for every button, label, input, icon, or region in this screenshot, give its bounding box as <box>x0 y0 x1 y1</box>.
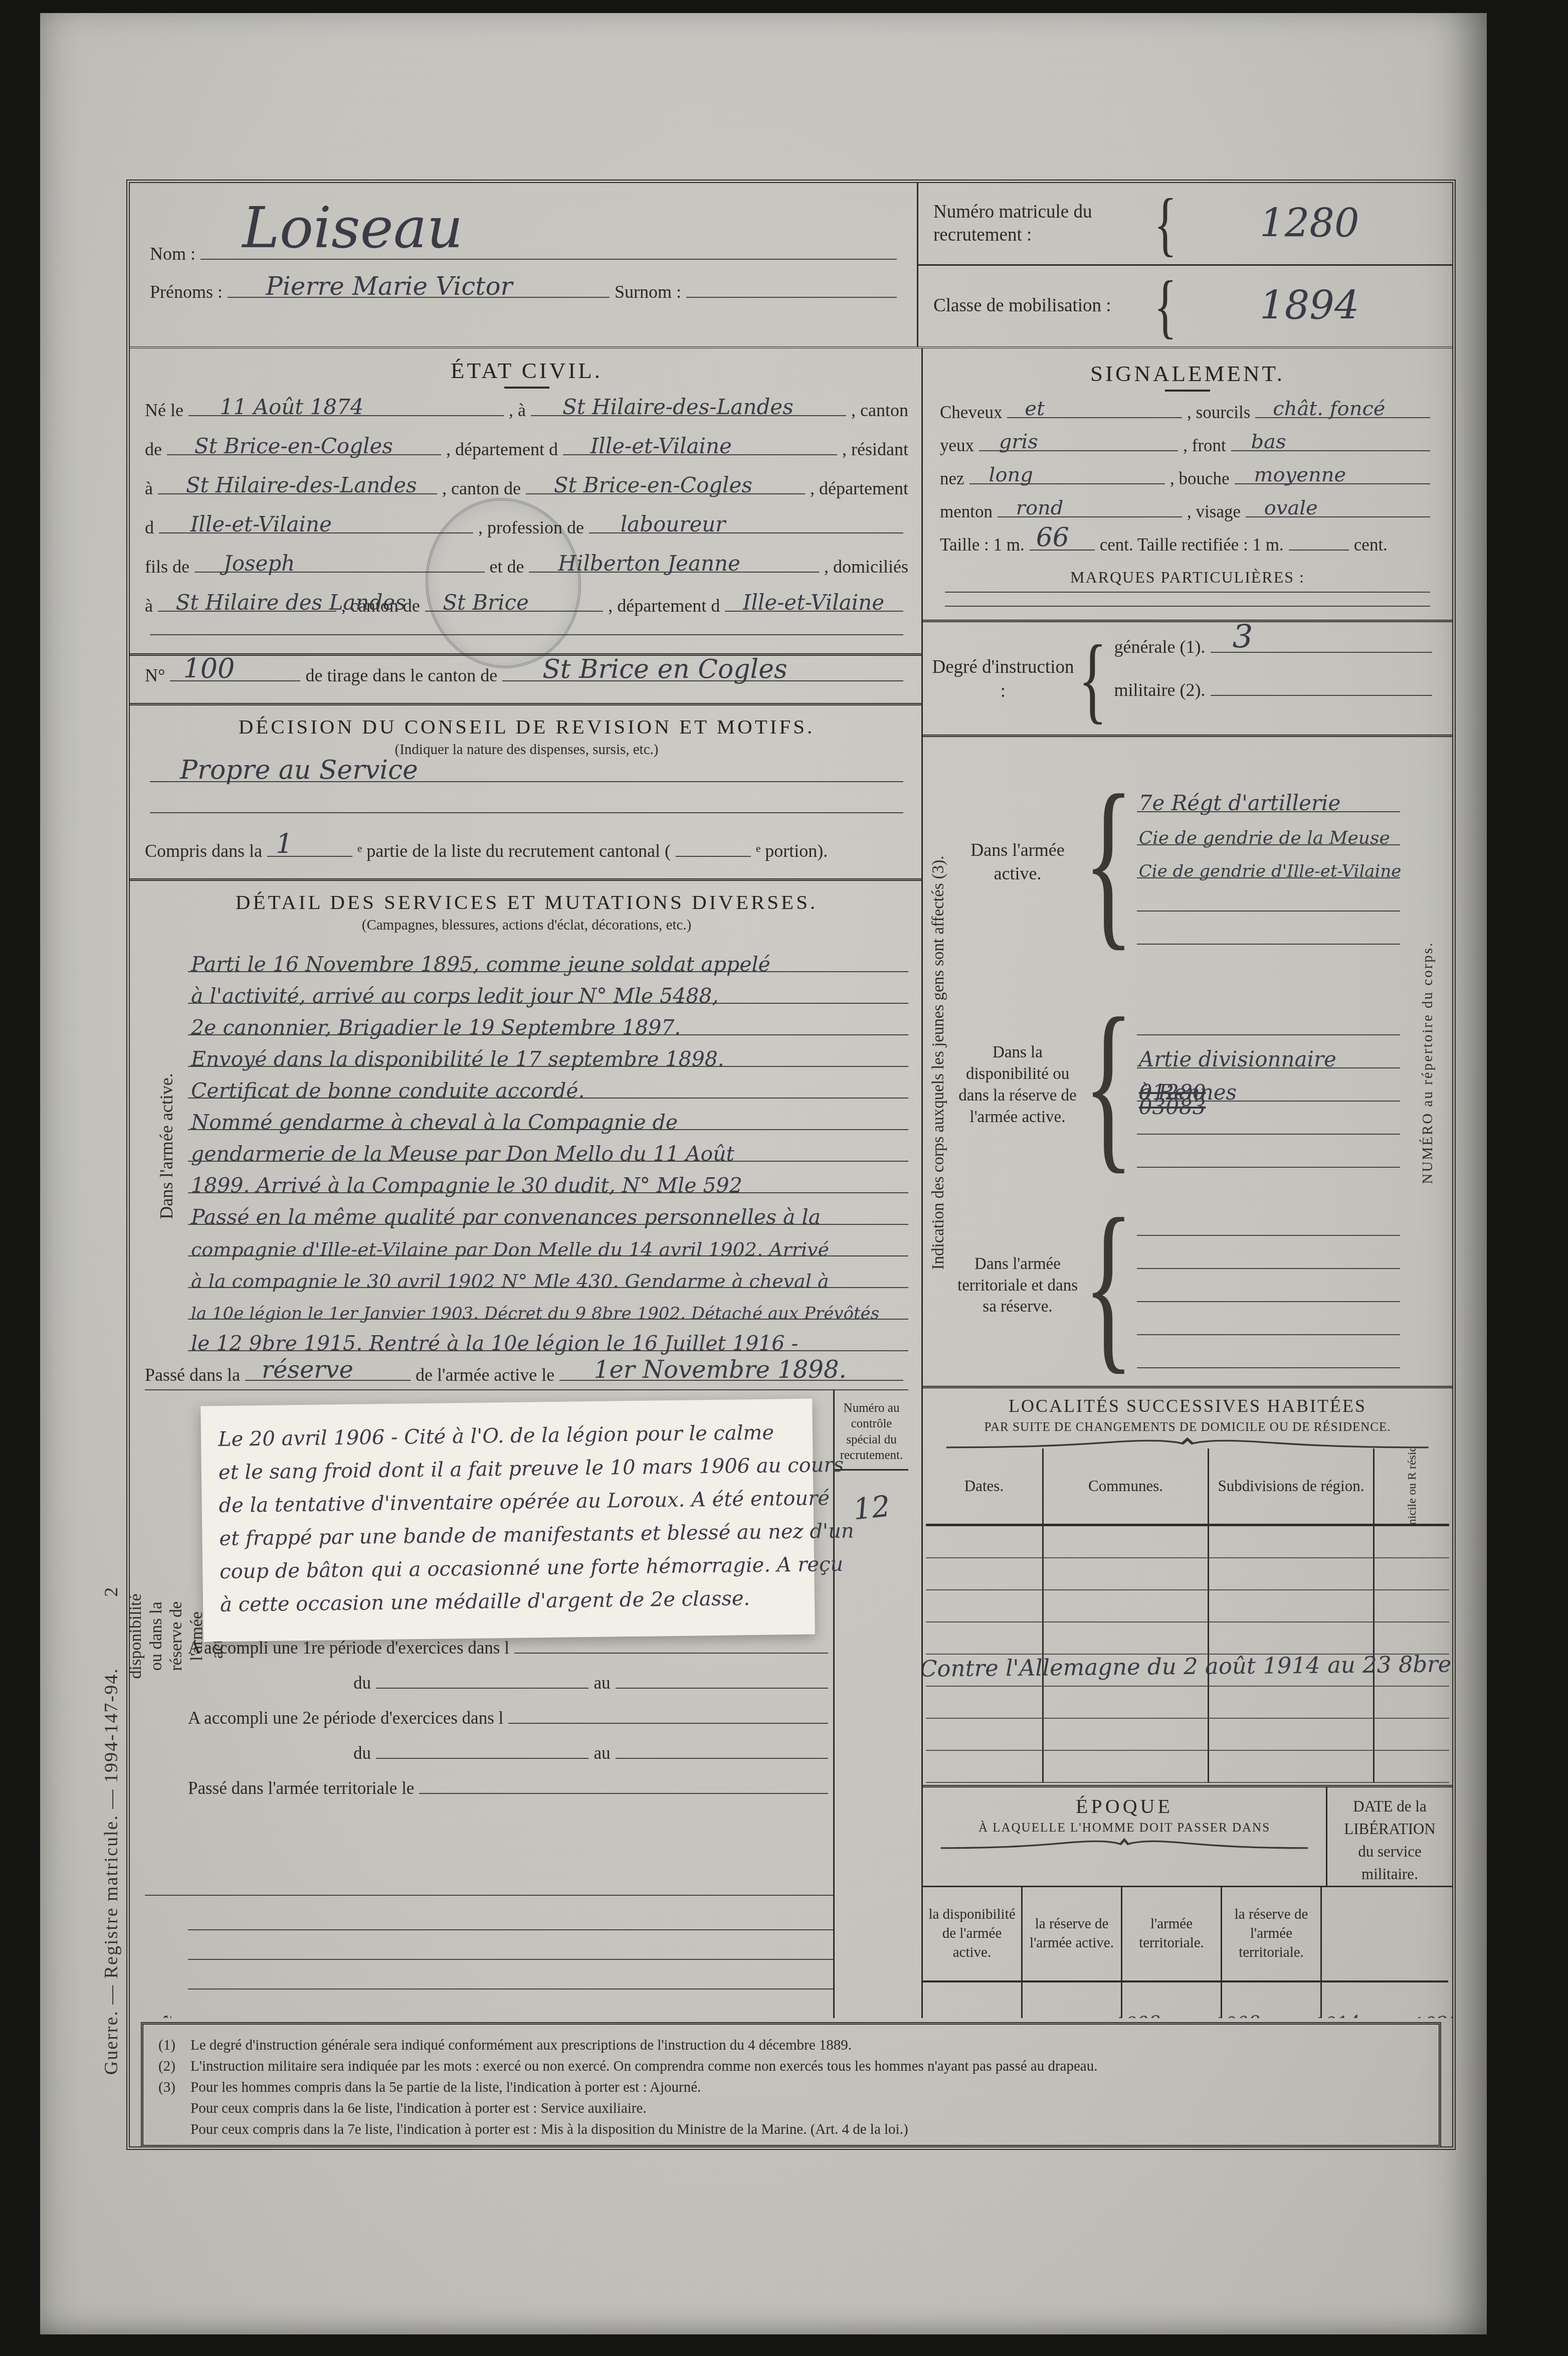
epoque-value: 1er 9bre 1920 <box>1322 1982 1448 2018</box>
nez-value: long <box>989 463 1033 486</box>
decision-title: DÉCISION DU CONSEIL DE REVISION ET MOTIF… <box>145 714 908 739</box>
mother-value: Hilberton Jeanne <box>558 551 740 576</box>
blank-line <box>1137 1302 1400 1335</box>
au-label: au <box>594 1743 610 1763</box>
table-row <box>926 1719 1449 1751</box>
au-label: au <box>594 1673 610 1693</box>
section-divider <box>130 878 921 881</box>
blank-field <box>945 606 1430 607</box>
tirage-number-field: 100 <box>170 680 300 681</box>
service-entry: à la compagnie le 30 avril 1902 N° Mle 4… <box>188 1256 908 1288</box>
brace-icon: { <box>1078 624 1107 735</box>
instruction-generale-line: générale (1). 3 <box>1114 636 1437 657</box>
title-rule <box>504 387 549 389</box>
main-body: ÉTAT CIVIL. Né le 11 Août 1874 , à St Hi… <box>130 348 1452 2018</box>
footnote-3c: Pour ceux compris dans la 7e liste, l'in… <box>190 2119 1424 2140</box>
localites-table: Dates. Communes. Subdivisions de région.… <box>926 1448 1449 1783</box>
ne-le-label: Né le <box>145 400 183 421</box>
classe-cell: Classe de mobilisation : { 1894 <box>918 264 1452 347</box>
corps-entry: Cie de gendrie de la Meuse <box>1137 812 1400 845</box>
residence-value: St Hilaire-des-Landes <box>186 473 417 497</box>
epoque-value: 1er 9bre 1898 <box>1023 1982 1121 2018</box>
militaire-field <box>1211 695 1432 696</box>
prenoms-label: Prénoms : <box>150 281 223 302</box>
epoque-col-territoriale: l'armée territoriale. 1er 9bre 1908 <box>1122 1887 1222 2018</box>
front-label: , front <box>1183 436 1226 456</box>
portion-field <box>676 856 751 857</box>
passe-territoriale-label: Passé dans l'armée territoriale le <box>188 1778 414 1798</box>
signalement-section: SIGNALEMENT. Cheveux et , sourcils chât.… <box>923 348 1452 607</box>
corps-entry: Cie de gendrie d'Ille-et-Vilaine <box>1137 845 1400 878</box>
marques-label: MARQUES PARTICULIÈRES : <box>940 568 1435 587</box>
blank-line <box>1137 1335 1400 1368</box>
corps-section: Indication des corps auxquels les jeunes… <box>923 744 1452 1381</box>
territoriale-section: Dans l'armée territoriale et dans sa rés… <box>145 1895 833 2018</box>
controle-label: Numéro au contrôle spécial du recrutemen… <box>835 1397 908 1471</box>
portion-label: ᵉ portion). <box>756 840 828 861</box>
service-entry: la 10e légion le 1er Janvier 1903. Décre… <box>188 1288 908 1320</box>
du-label: du <box>353 1673 371 1693</box>
blank-line <box>1137 1236 1400 1269</box>
canton-de-label: , canton de <box>442 478 521 499</box>
col-header-subdivisions: Subdivisions de région. <box>1209 1448 1375 1524</box>
menton-line: menton rond , visage ovale <box>940 502 1435 522</box>
blank-line <box>188 1989 833 2018</box>
service-entry: 1899. Arrivé à la Compagnie le 30 dudit,… <box>188 1162 908 1193</box>
decision-value: Propre au Service <box>180 755 418 785</box>
birth-place-value: St Hilaire-des-Landes <box>562 395 794 419</box>
cheveux-value: et <box>1025 397 1045 420</box>
decision-line: Propre au Service <box>145 781 908 782</box>
corps-entry: Artie divisionnaire <box>1137 1035 1400 1068</box>
footnote-3b: Pour ceux compris dans la 6e liste, l'in… <box>190 2098 1424 2119</box>
compris-line: Compris dans la 1 ᵉ partie de la liste d… <box>145 840 908 861</box>
epoque-col-reserve-active: la réserve de l'armée active. 1er 9bre 1… <box>1023 1887 1122 2018</box>
epoque-value: 1er 9bre 1908 <box>1122 1982 1221 2018</box>
sourcils-value: chât. foncé <box>1273 397 1385 420</box>
horizontal-brace-icon <box>944 1437 1431 1448</box>
menton-label: menton <box>940 502 993 522</box>
periode1-line: A accompli une 1re période d'exercices d… <box>188 1638 833 1658</box>
cheveux-line: Cheveux et , sourcils chât. foncé <box>940 403 1435 423</box>
localites-table-header: Dates. Communes. Subdivisions de région.… <box>926 1448 1449 1526</box>
table-row <box>926 1590 1449 1622</box>
services-subtitle: (Campagnes, blessures, actions d'éclat, … <box>145 917 908 934</box>
tirage-canton-field: St Brice en Cogles <box>502 680 903 681</box>
armee-active-label: Dans l'armée active. <box>955 838 1080 885</box>
profession-field: laboureur <box>589 532 903 533</box>
service-entry: Parti le 16 Novembre 1895, comme jeune s… <box>188 941 908 972</box>
canton-field: St Brice-en-Cogles <box>167 454 441 455</box>
cheveux-label: Cheveux <box>940 403 1002 423</box>
yeux-field: gris <box>979 450 1178 451</box>
header-numbers: Numéro matricule du recrutement : { 1280… <box>917 183 1452 346</box>
nom-value: Loiseau <box>242 196 463 261</box>
domicile-departement-value: Ille-et-Vilaine <box>743 590 884 615</box>
citation-note-card: Le 20 avril 1906 - Cité à l'O. de la lég… <box>201 1399 815 1642</box>
fils-de-label: fils de <box>145 556 189 577</box>
passe-value-1: réserve <box>262 1356 353 1384</box>
au-field <box>616 1688 828 1689</box>
epoque-subtitle: À LAQUELLE L'HOMME DOIT PASSER DANS <box>923 1821 1326 1835</box>
departement-field: Ille-et-Vilaine <box>563 454 837 455</box>
controle-column: Numéro au contrôle spécial du recrutemen… <box>833 1390 908 2018</box>
departement-label: , département <box>810 478 908 499</box>
blank-field <box>150 634 903 635</box>
visage-label: , visage <box>1187 502 1241 522</box>
brace-icon: { <box>1083 753 1134 971</box>
table-row <box>926 1558 1449 1590</box>
footnotes: (1) Le degré d'instruction générale sera… <box>141 2022 1441 2147</box>
horizontal-brace-icon <box>939 1838 1310 1849</box>
territoriale-side-gutter: Dans l'armée territoriale et dans sa rés… <box>145 1896 188 2018</box>
footnote-3: (3) Pour les hommes compris dans la 5e p… <box>158 2077 1424 2098</box>
epoque-section: ÉPOQUE À LAQUELLE L'HOMME DOIT PASSER DA… <box>923 1785 1452 2018</box>
tirage-line: N° 100 de tirage dans le canton de St Br… <box>145 665 908 686</box>
classe-value: 1894 <box>1182 283 1437 328</box>
armee-active-side-label: Dans l'armée active. <box>156 1073 177 1219</box>
scanned-register-page: Guerre. — Registre matricule. — 1994-147… <box>40 13 1487 2334</box>
visage-value: ovale <box>1264 496 1318 519</box>
register-reference: Guerre. — Registre matricule. — 1994-147… <box>101 1668 122 2075</box>
mother-field: Hilberton Jeanne <box>529 572 819 573</box>
periode2-line: A accompli une 2e période d'exercices da… <box>188 1708 833 1728</box>
domicile-canton-value: St Brice <box>443 590 529 615</box>
du-field <box>376 1758 589 1759</box>
residence-field: St Hilaire-des-Landes <box>158 493 437 494</box>
bottom-left-area: Dans la disponibilité ou dans la réserve… <box>145 1389 908 2018</box>
blank-line <box>188 1901 833 1930</box>
generale-field: 3 <box>1211 652 1433 653</box>
a-label: à <box>145 478 153 499</box>
canton-label: , canton <box>851 400 908 421</box>
service-entry: Envoyé dans la disponibilité le 17 septe… <box>188 1035 908 1067</box>
numero-repertoire-column: NUMÉRO au répertoire du corps. <box>1404 744 1452 1381</box>
epoque-col-liberation: 1er 9bre 1920 <box>1322 1887 1448 2018</box>
departement-label: , département d <box>446 439 558 460</box>
profession-value: laboureur <box>621 512 726 536</box>
corps-side-gutter: Indication des corps auxquels les jeunes… <box>923 744 955 1381</box>
passe-value-2: 1er Novembre 1898. <box>594 1356 847 1384</box>
controle-value: 12 <box>851 1489 892 1526</box>
periode2-field <box>508 1723 828 1724</box>
prenoms-field: Pierre Marie Victor <box>228 297 610 298</box>
nez-field: long <box>969 483 1165 484</box>
disponibilite-label: Dans la disponibilité ou dans la réserve… <box>955 1042 1080 1128</box>
service-entry: à l'activité, arrivé au corps ledit jour… <box>188 972 908 1004</box>
col-header-domicile-residence: D domicile ou R résidence. <box>1375 1448 1449 1524</box>
table-row <box>926 1751 1449 1783</box>
nom-line: Nom : Loiseau <box>150 243 902 264</box>
d-label: d <box>145 517 154 538</box>
section-divider <box>923 620 1452 622</box>
blank-line <box>940 606 1435 607</box>
domicilies-label: , domiciliés <box>824 556 908 577</box>
periode1-dates-line: du au <box>188 1673 833 1693</box>
campaign-annotation: Contre l'Allemagne du 2 août 1914 au 23 … <box>923 1651 1452 1682</box>
footnote-2: (2) L'instruction militaire sera indiqué… <box>158 2056 1424 2077</box>
passe-field-2: 1er Novembre 1898. <box>559 1380 903 1381</box>
matricule-label: Numéro matricule du recrutement : <box>933 201 1149 247</box>
service-entry: Passé en la même qualité par convenances… <box>188 1193 908 1225</box>
service-entry: le 12 9bre 1915. Rentré à la 10e légion … <box>188 1320 908 1351</box>
signalement-title: SIGNALEMENT. <box>940 360 1435 387</box>
departement-label: , département d <box>608 595 720 616</box>
birth-line-1: Né le 11 Août 1874 , à St Hilaire-des-La… <box>145 400 908 421</box>
birth-line-2: de St Brice-en-Cogles , département d Il… <box>145 439 908 460</box>
blank-line <box>145 812 908 813</box>
disponibilite-section: Dans la disponibilité ou dans la réserve… <box>145 1390 833 1882</box>
epoque-title: ÉPOQUE <box>923 1794 1326 1818</box>
passe-label: Passé dans la <box>145 1364 240 1385</box>
militaire-label: militaire (2). <box>1114 679 1206 700</box>
tirage-canton-value: St Brice en Cogles <box>542 654 787 684</box>
yeux-value: gris <box>999 430 1038 453</box>
footnote-1: (1) Le degré d'instruction générale sera… <box>158 2035 1424 2056</box>
bouche-field: moyenne <box>1235 483 1430 484</box>
blank-line <box>1137 1203 1400 1236</box>
blank-line <box>1137 1135 1400 1168</box>
etat-civil-section: ÉTAT CIVIL. Né le 11 Août 1874 , à St Hi… <box>145 357 908 635</box>
localites-title: LOCALITÉS SUCCESSIVES HABITÉES <box>923 1395 1452 1416</box>
residence-line-1: à St Hilaire-des-Landes , canton de St B… <box>145 478 908 499</box>
nom-field: Loiseau <box>201 259 897 260</box>
corps-armee-active: Dans l'armée active. { 7e Régt d'artille… <box>955 744 1404 980</box>
taille-line: Taille : 1 m. 66 cent. Taille rectifiée … <box>940 535 1435 555</box>
prenoms-value: Pierre Marie Victor <box>266 272 512 301</box>
blank-line <box>1137 1102 1400 1135</box>
generale-value: 3 <box>1233 619 1253 656</box>
blank-field <box>150 812 903 813</box>
corps-territoriale: Dans l'armée territoriale et dans sa rés… <box>955 1190 1404 1381</box>
residence-canton-value: St Brice-en-Cogles <box>554 473 752 497</box>
form-frame: Nom : Loiseau Prénoms : Pierre Marie Vic… <box>126 179 1456 2150</box>
services-section: DÉTAIL DES SERVICES ET MUTATIONS DIVERSE… <box>145 890 908 1385</box>
brace-icon: { <box>1154 265 1177 347</box>
services-title: DÉTAIL DES SERVICES ET MUTATIONS DIVERSE… <box>145 890 908 914</box>
blank-line <box>1137 912 1400 945</box>
domicile-field: St Hilaire des Landes <box>158 611 336 612</box>
blank-line <box>188 1930 833 1960</box>
citation-line: à cette occasion une médaille d'argent d… <box>220 1581 800 1621</box>
table-row <box>926 1622 1449 1655</box>
residant-label: , résidant <box>842 439 908 460</box>
birth-place-field: St Hilaire-des-Landes <box>531 415 846 416</box>
instruction-label: Degré d'instruction : <box>928 655 1078 703</box>
birth-date-value: 11 Août 1874 <box>220 395 364 419</box>
header: Nom : Loiseau Prénoms : Pierre Marie Vic… <box>130 183 1452 348</box>
sourcils-label: , sourcils <box>1187 403 1250 423</box>
localites-section: LOCALITÉS SUCCESSIVES HABITÉES PAR SUITE… <box>923 1386 1452 1783</box>
generale-label: générale (1). <box>1114 636 1206 657</box>
corps-disponibilite: Dans la disponibilité ou dans la réserve… <box>955 980 1404 1190</box>
blank-line <box>145 634 908 635</box>
margin-imprint-text: Guerre. — Registre matricule. — 1994-147… <box>100 1586 122 2075</box>
matricule-value: 1280 <box>1182 201 1437 246</box>
col-header-dates: Dates. <box>926 1448 1044 1524</box>
territoriale-label: Dans l'armée territoriale et dans sa rés… <box>955 1253 1080 1318</box>
brace-icon: { <box>1083 976 1134 1194</box>
etat-civil-title: ÉTAT CIVIL. <box>145 357 908 384</box>
epoque-value: 1er 9bre 1914 <box>1222 1982 1320 2018</box>
table-row <box>926 1687 1449 1719</box>
service-entry: compagnie d'Ille-et-Vilaine par Don Mell… <box>188 1225 908 1256</box>
localites-subtitle: PAR SUITE DE CHANGEMENTS DE DOMICILE OU … <box>923 1420 1452 1434</box>
menton-field: rond <box>998 516 1182 517</box>
service-entry: gendarmerie de la Meuse par Don Mello du… <box>188 1130 908 1162</box>
passe-reserve-line: Passé dans la réserve de l'armée active … <box>145 1364 908 1385</box>
passe-territoriale-line: Passé dans l'armée territoriale le <box>188 1778 833 1798</box>
du-label: du <box>353 1743 371 1763</box>
taille-field: 66 <box>1030 550 1095 551</box>
corps-entry: à Rennes 01280 03083 <box>1137 1068 1400 1102</box>
col-header-communes: Communes. <box>1044 1448 1209 1524</box>
nom-label: Nom : <box>150 243 195 264</box>
domicile-line: à St Hilaire des Landes , canton de St B… <box>145 595 908 616</box>
residence-canton-field: St Brice-en-Cogles <box>526 493 805 494</box>
domicile-canton-field: St Brice <box>425 611 604 612</box>
a-label: , à <box>509 400 526 421</box>
yeux-line: yeux gris , front bas <box>940 436 1435 456</box>
de-label: de <box>145 439 162 460</box>
taille-rectifiee-label: cent. Taille rectifiée : 1 m. <box>1100 535 1284 555</box>
passe-field-1: réserve <box>245 1380 411 1381</box>
front-field: bas <box>1231 450 1430 451</box>
service-entry: Certificat de bonne conduite accordé. <box>188 1067 908 1099</box>
service-entry: 2e canonnier, Brigadier le 19 Septembre … <box>188 1004 908 1035</box>
surnom-label: Surnom : <box>615 281 681 302</box>
blank-line <box>1137 1002 1400 1035</box>
departement-value: Ille-et-Vilaine <box>591 434 732 458</box>
blank-line <box>1137 878 1400 912</box>
surnom-field <box>686 297 897 298</box>
blank-field <box>945 592 1430 593</box>
compris-label: Compris dans la <box>145 840 262 861</box>
father-field: Joseph <box>194 572 485 573</box>
blank-line <box>940 592 1435 593</box>
epoque-col-reserve-territoriale: la réserve de l'armée territoriale. 1er … <box>1222 1887 1322 2018</box>
yeux-label: yeux <box>940 436 974 456</box>
periode2-label: A accompli une 2e période d'exercices da… <box>188 1708 503 1728</box>
blank-line <box>188 1960 833 1989</box>
corps-entry: 7e Régt d'artillerie <box>1137 779 1400 812</box>
header-identity: Nom : Loiseau Prénoms : Pierre Marie Vic… <box>130 183 917 346</box>
birth-date-field: 11 Août 1874 <box>188 415 504 416</box>
numero-label: N° <box>145 665 165 686</box>
compris-field: 1 <box>267 856 352 857</box>
cheveux-field: et <box>1007 417 1182 418</box>
nez-line: nez long , bouche moyenne <box>940 469 1435 489</box>
bouche-value: moyenne <box>1254 463 1346 486</box>
section-divider <box>923 735 1452 737</box>
canton-value: St Brice-en-Cogles <box>194 434 393 458</box>
a-label: à <box>145 595 153 616</box>
domicile-departement-field: Ille-et-Vilaine <box>725 611 903 612</box>
classe-label: Classe de mobilisation : <box>933 294 1149 317</box>
tirage-number-value: 100 <box>183 653 235 684</box>
tirage-label: de tirage dans le canton de <box>305 665 497 686</box>
front-value: bas <box>1251 430 1286 453</box>
residence-departement-value: Ille-et-Vilaine <box>190 512 332 536</box>
brace-icon: { <box>1083 1177 1134 1394</box>
nez-label: nez <box>940 469 964 489</box>
cent-label: cent. <box>1354 535 1388 555</box>
epoque-table: la disponibilité de l'armée active. la r… <box>923 1886 1452 2018</box>
left-column: ÉTAT CIVIL. Né le 11 Août 1874 , à St Hi… <box>130 348 923 2018</box>
bouche-label: , bouche <box>1170 469 1230 489</box>
domicile-value: St Hilaire des Landes <box>176 590 406 615</box>
instruction-section: Degré d'instruction : { générale (1). 3 … <box>923 629 1452 730</box>
father-value: Joseph <box>224 551 295 576</box>
blank-line <box>1137 1269 1400 1302</box>
visage-field: ovale <box>1246 516 1430 517</box>
sourcils-field: chât. foncé <box>1255 417 1430 418</box>
prenoms-line: Prénoms : Pierre Marie Victor Surnom : <box>150 281 902 302</box>
table-row <box>926 1526 1449 1558</box>
right-column: SIGNALEMENT. Cheveux et , sourcils chât.… <box>923 348 1452 2018</box>
matricule-cell: Numéro matricule du recrutement : { 1280 <box>918 183 1452 264</box>
taille-label: Taille : 1 m. <box>940 535 1025 555</box>
periode1-field <box>514 1653 828 1654</box>
liberation-date-header: DATE de la LIBÉRATION du service militai… <box>1326 1787 1452 1886</box>
taille-value: 66 <box>1036 522 1069 553</box>
services-side-gutter: Dans l'armée active. <box>145 941 188 1351</box>
compris-mid-label: ᵉ partie de la liste du recrutement cant… <box>357 840 671 861</box>
numero-repertoire-label: NUMÉRO au répertoire du corps. <box>1420 941 1437 1184</box>
epoque-col-disponibilite: la disponibilité de l'armée active. <box>923 1887 1023 2018</box>
corps-side-label: Indication des corps auxquels les jeunes… <box>930 855 948 1270</box>
section-divider <box>130 703 921 705</box>
au-field <box>616 1758 828 1759</box>
decision-field: Propre au Service <box>150 781 903 782</box>
decision-section: DÉCISION DU CONSEIL DE REVISION ET MOTIF… <box>145 714 908 861</box>
periode2-dates-line: du au <box>188 1743 833 1763</box>
brace-icon: { <box>1154 182 1177 265</box>
epoque-value <box>923 1982 1021 2018</box>
menton-value: rond <box>1016 496 1064 519</box>
passe-mid-label: de l'armée active le <box>416 1364 554 1385</box>
service-entry: Nommé gendarme à cheval à la Compagnie d… <box>188 1099 908 1130</box>
services-entries: Parti le 16 Novembre 1895, comme jeune s… <box>188 941 908 1351</box>
instruction-militaire-line: militaire (2). <box>1114 679 1437 700</box>
passe-territoriale-field <box>419 1793 828 1794</box>
disponibilite-side-gutter: Dans la disponibilité ou dans la réserve… <box>145 1390 188 1882</box>
page-number: 2 <box>101 1586 122 1597</box>
du-field <box>376 1688 589 1689</box>
residence-departement-field: Ille-et-Vilaine <box>159 532 473 533</box>
taille-rectifiee-field <box>1289 550 1349 551</box>
compris-value: 1 <box>276 828 293 860</box>
title-rule <box>1165 390 1210 392</box>
